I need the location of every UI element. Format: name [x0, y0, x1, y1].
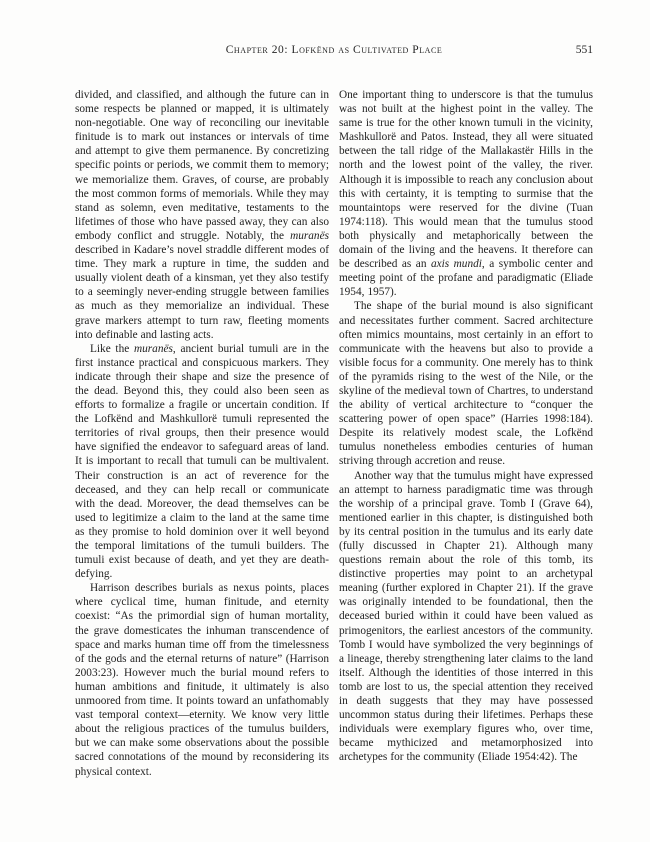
text-run: described in Kadare’s novel straddle dif… [75, 244, 329, 341]
text-run: divided, and classified, and although th… [75, 89, 329, 242]
two-column-text: divided, and classified, and although th… [75, 88, 593, 779]
left-column: divided, and classified, and although th… [75, 88, 329, 779]
chapter-running-head: Chapter 20: Lofkënd as Cultivated Place [75, 44, 593, 56]
text-run: Harrison describes burials as nexus poin… [75, 582, 329, 777]
paragraph: Another way that the tumulus might have … [339, 469, 593, 765]
text-run: One important thing to underscore is tha… [339, 89, 593, 270]
italic-term: muranës [134, 343, 173, 355]
paragraph: divided, and classified, and although th… [75, 88, 329, 342]
italic-term: axis mundi [431, 258, 482, 270]
italic-term: muranës [290, 230, 329, 242]
text-run: Like the [90, 343, 134, 355]
page-header: Chapter 20: Lofkënd as Cultivated Place … [75, 44, 593, 59]
page-number: 551 [576, 44, 593, 56]
right-column: One important thing to underscore is tha… [339, 88, 593, 779]
book-page: Chapter 20: Lofkënd as Cultivated Place … [0, 0, 650, 842]
paragraph: The shape of the burial mound is also si… [339, 299, 593, 468]
text-run: Another way that the tumulus might have … [339, 470, 593, 764]
paragraph: One important thing to underscore is tha… [339, 88, 593, 299]
text-run: The shape of the burial mound is also si… [339, 300, 593, 467]
paragraph: Like the muranës, ancient burial tumuli … [75, 342, 329, 582]
text-run: , ancient burial tumuli are in the first… [75, 343, 329, 581]
paragraph: Harrison describes burials as nexus poin… [75, 581, 329, 778]
